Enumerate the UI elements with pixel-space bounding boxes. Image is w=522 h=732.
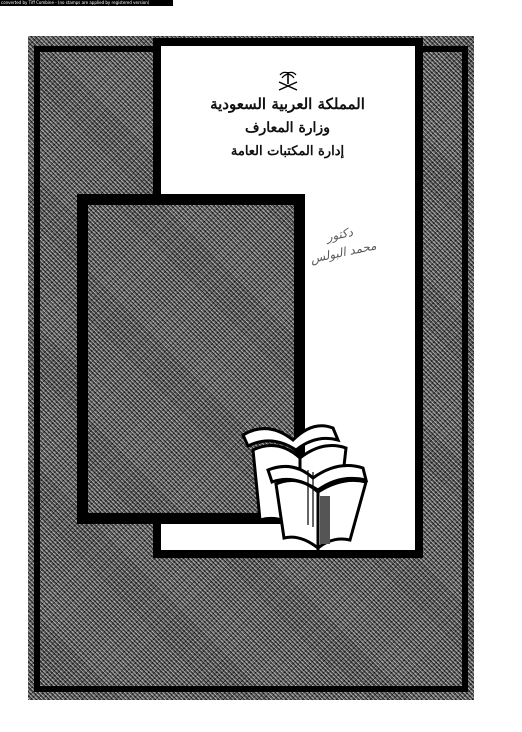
cover-header: المملكة العربية السعودية وزارة المعارف إ… bbox=[170, 70, 405, 164]
header-line-kingdom: المملكة العربية السعودية bbox=[170, 92, 405, 116]
converter-watermark-banner: converted by Tiff Combine - (no stamps a… bbox=[0, 0, 173, 6]
header-line-ministry: وزارة المعارف bbox=[170, 116, 405, 140]
saudi-emblem-icon bbox=[275, 70, 301, 92]
header-line-administration: إدارة المكتبات العامة bbox=[170, 140, 405, 164]
open-books-icon bbox=[238, 410, 388, 550]
